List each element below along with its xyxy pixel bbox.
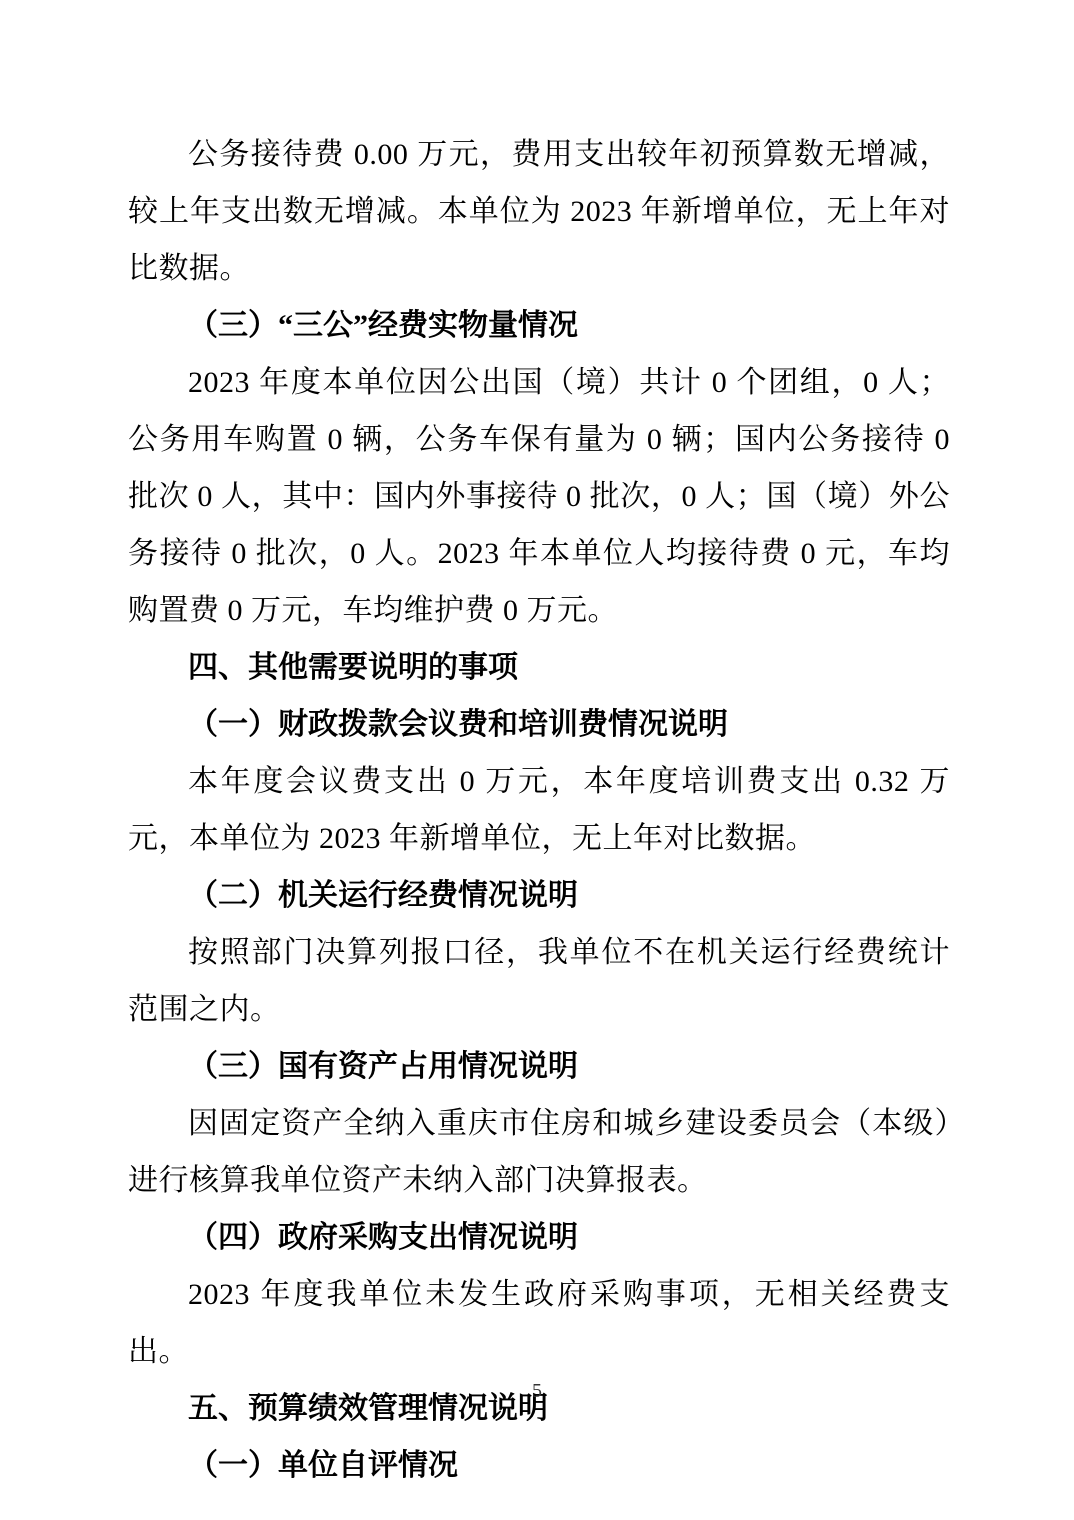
- paragraph-reception-expense: 公务接待费 0.00 万元，费用支出较年初预算数无增减，较上年支出数无增减。本单…: [128, 126, 950, 297]
- heading-government-procurement: （四）政府采购支出情况说明: [128, 1209, 950, 1266]
- paragraph-agency-operating-expense: 按照部门决算列报口径，我单位不在机关运行经费统计范围之内。: [128, 924, 950, 1038]
- heading-agency-operating-expense: （二）机关运行经费情况说明: [128, 867, 950, 924]
- heading-meeting-training-fee: （一）财政拨款会议费和培训费情况说明: [128, 696, 950, 753]
- heading-three-public-physical-volume: （三）“三公”经费实物量情况: [128, 297, 950, 354]
- paragraph-physical-volume-details: 2023 年度本单位因公出国（境）共计 0 个团组，0 人；公务用车购置 0 辆…: [128, 354, 950, 639]
- paragraph-government-procurement: 2023 年度我单位未发生政府采购事项，无相关经费支出。: [128, 1266, 950, 1380]
- paragraph-state-owned-assets: 因固定资产全纳入重庆市住房和城乡建设委员会（本级）进行核算我单位资产未纳入部门决…: [128, 1095, 950, 1209]
- heading-section-four-other-matters: 四、其他需要说明的事项: [128, 639, 950, 696]
- paragraph-meeting-training-fee: 本年度会议费支出 0 万元，本年度培训费支出 0.32 万元，本单位为 2023…: [128, 753, 950, 867]
- document-page: 公务接待费 0.00 万元，费用支出较年初预算数无增减，较上年支出数无增减。本单…: [0, 0, 1074, 1520]
- heading-unit-self-evaluation: （一）单位自评情况: [128, 1437, 950, 1494]
- heading-state-owned-assets: （三）国有资产占用情况说明: [128, 1038, 950, 1095]
- page-content: 公务接待费 0.00 万元，费用支出较年初预算数无增减，较上年支出数无增减。本单…: [128, 126, 950, 1494]
- page-number: 5: [0, 1378, 1074, 1404]
